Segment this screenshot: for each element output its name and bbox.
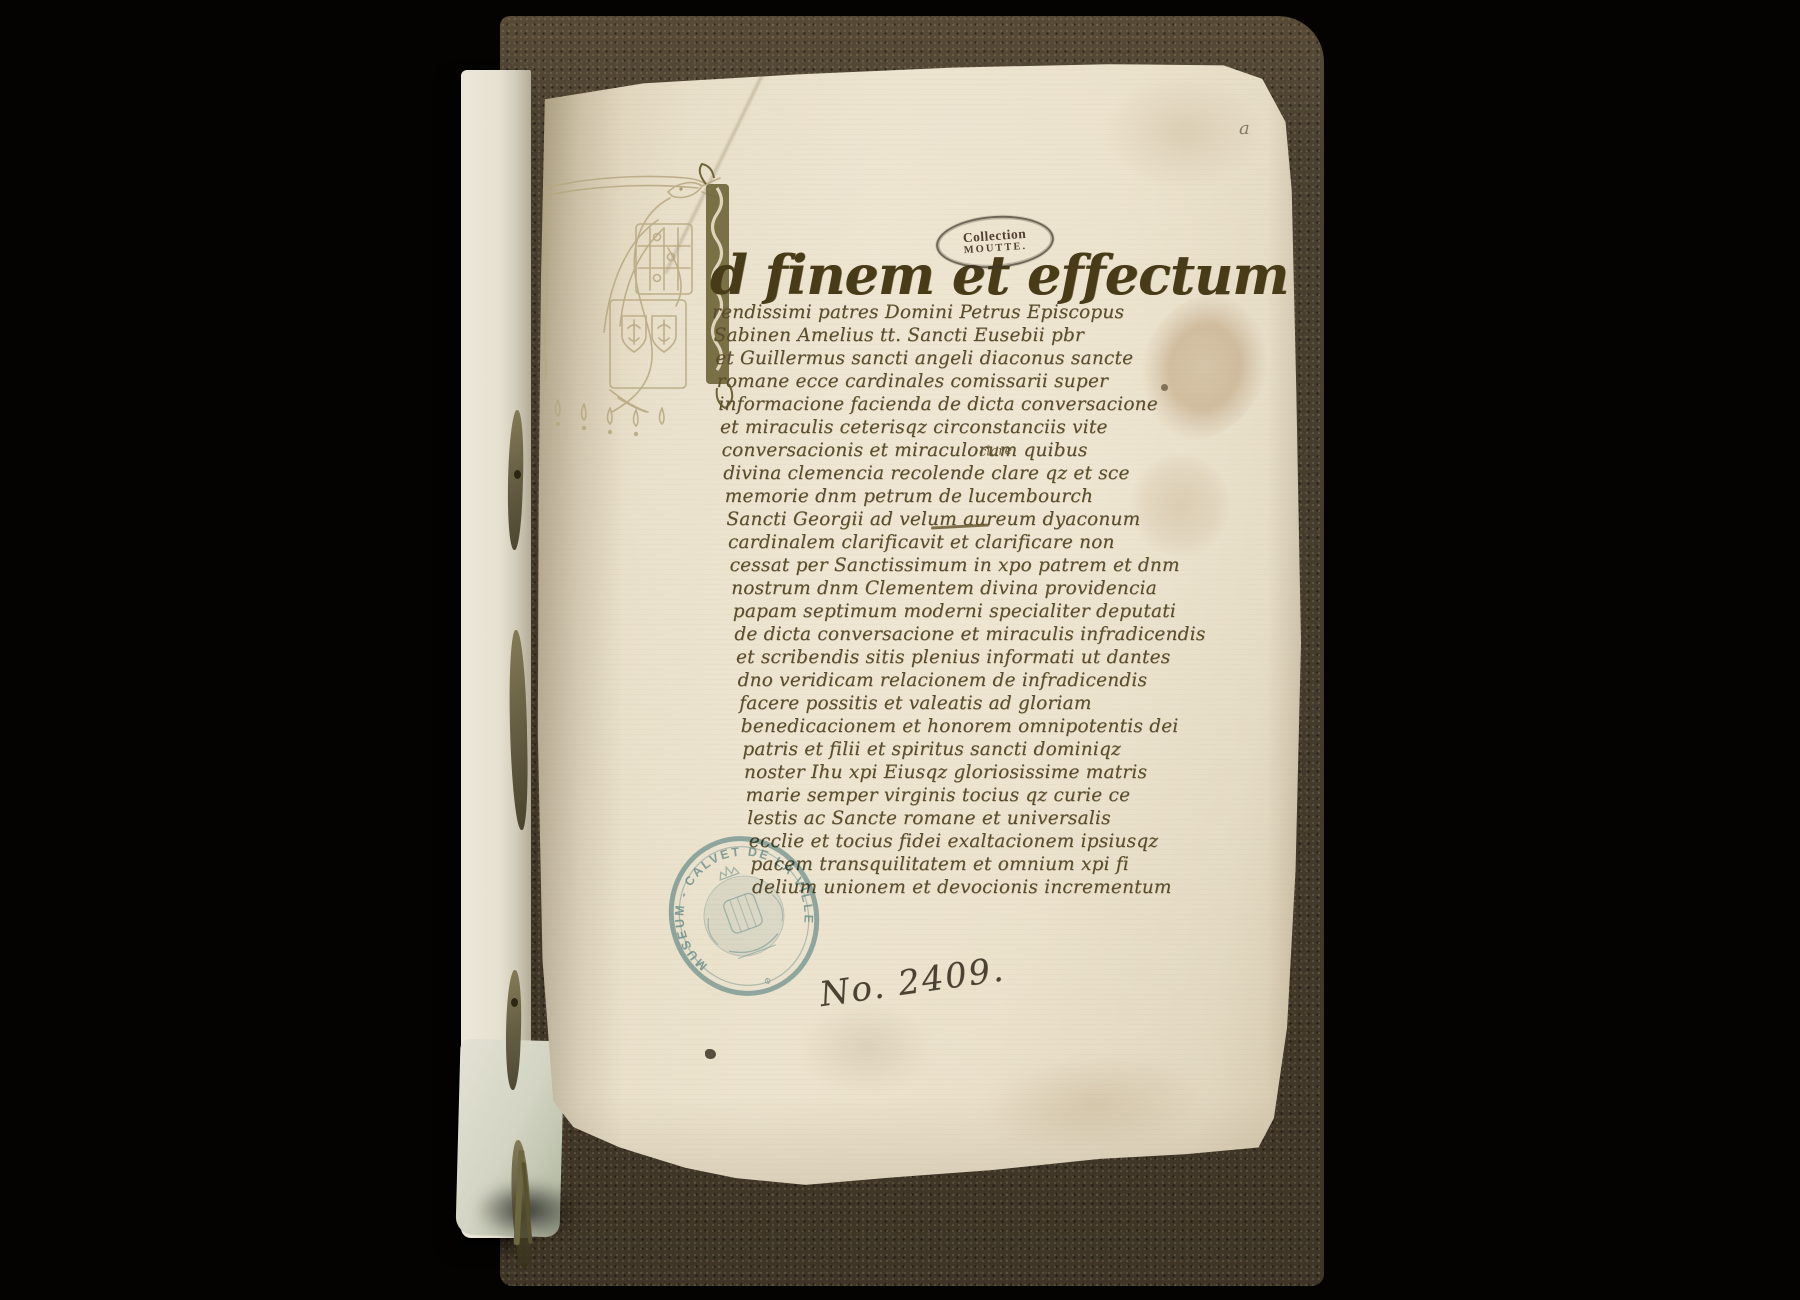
manuscript-text-line: dno veridicam relacionem de infradicendi… (738, 670, 1152, 693)
sewing-hole (511, 998, 518, 1007)
manuscript-text-line: nostrum dnm Clementem divina providencia (731, 578, 1152, 601)
manuscript-text-block: rendissimi patres Domini Petrus Episcopu… (712, 302, 1152, 900)
manuscript-text-line: et scribendis sitis plenius informati ut… (736, 647, 1152, 670)
photograph-canvas: { "page": { "folio_mark": "a", "heading"… (0, 0, 1800, 1300)
manuscript-text-line: et Guillermus sancti angeli diaconus san… (715, 348, 1152, 371)
manuscript-page: a (527, 54, 1301, 1186)
manuscript-text-line: patris et filii et spiritus sancti domin… (742, 739, 1152, 762)
manuscript-text-line: rendissimi patres Domini Petrus Episcopu… (712, 302, 1152, 325)
manuscript-text-line: divina clemencia recolende clare qz et s… (723, 463, 1152, 486)
manuscript-text-line: Sabinen Amelius tt. Sancti Eusebii pbr (714, 325, 1152, 348)
manuscript-text-line: conversacionis et miraculorum quibus (722, 440, 1152, 463)
spine-fray (506, 410, 526, 550)
manuscript-text-line: benedicacionem et honorem omnipotentis d… (741, 716, 1152, 739)
binding-spine (500, 70, 536, 1240)
manuscript-text-line: marie semper virginis tocius qz curie ce (746, 785, 1152, 808)
manuscript-text-line: facere possitis et valeatis ad gloriam (739, 693, 1152, 716)
sewing-hole (514, 470, 521, 479)
manuscript-text-line: ecclie et tocius fidei exaltacionem ipsi… (749, 831, 1152, 854)
manuscript-text-line: cessat per Sanctissimum in xpo patrem et… (730, 555, 1152, 578)
spine-fray (508, 630, 528, 830)
manuscript-text-line: de dicta conversacione et miraculis infr… (734, 624, 1152, 647)
folio-mark: a (1239, 118, 1250, 139)
interlinear-correction: clare (979, 443, 1013, 460)
dark-speck (705, 1049, 716, 1059)
manuscript-text-line: et miraculis ceterisqz circonstanciis vi… (720, 417, 1152, 440)
manuscript-text-line: papam septimum moderni specialiter deput… (733, 601, 1152, 624)
manuscript-text-line: cardinalem clarificavit et clarificare n… (728, 532, 1152, 555)
manuscript-text-line: noster Ihu xpi Eiusqz gloriosissime matr… (744, 762, 1152, 785)
manuscript-text-line: memorie dnm petrum de lucembourch (725, 486, 1152, 509)
spine-fray (504, 970, 523, 1090)
manuscript-text-line: romane ecce cardinales comissarii super (717, 371, 1152, 394)
ink-spot (1161, 384, 1168, 391)
parchment-discoloration (1079, 58, 1289, 206)
manuscript-text-line: lestis ac Sancte romane et universalis (747, 808, 1152, 831)
manuscript-text-line: informacione facienda de dicta conversac… (718, 394, 1152, 417)
